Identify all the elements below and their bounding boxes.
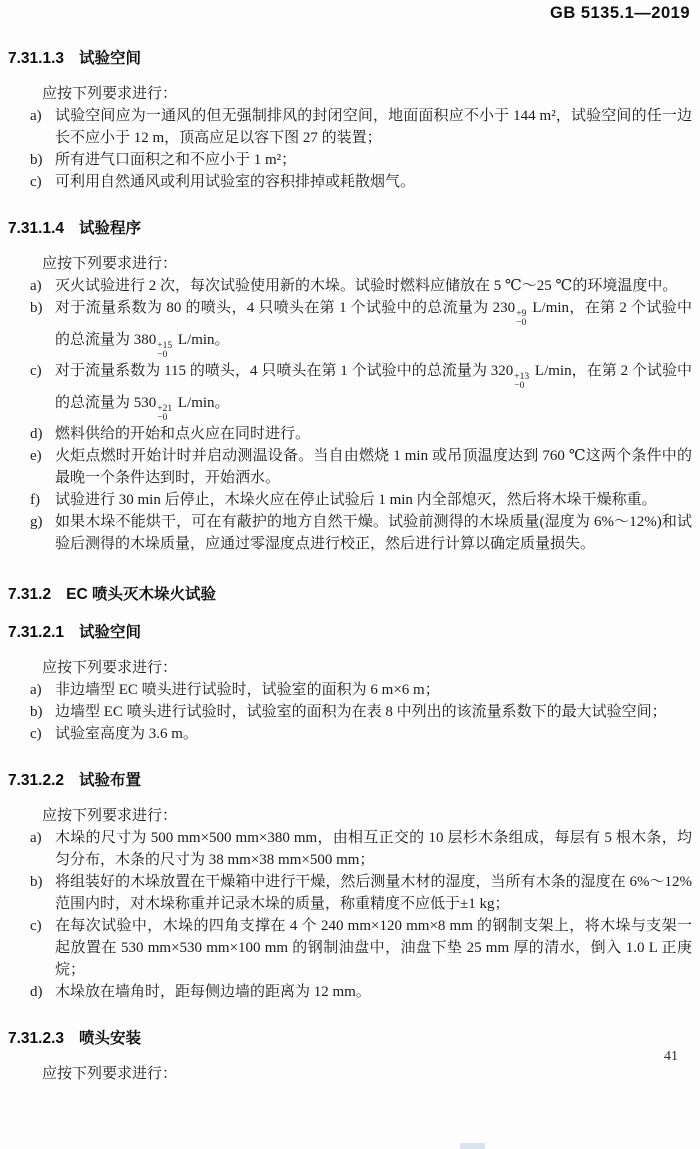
- list-item-text: 对于流量系数为 80 的喷头，4 只喷头在第 1 个试验中的总流量为 230+9…: [55, 297, 692, 360]
- list-item-label: b): [30, 149, 55, 171]
- list-item-label: b): [30, 701, 55, 723]
- list-item-label: d): [30, 981, 55, 1003]
- tolerance-superscript: +13−0: [513, 373, 531, 392]
- list-item: g)如果木垛不能烘干，可在有蔽护的地方自然干燥。试验前测得的木垛质量(湿度为 6…: [8, 511, 692, 555]
- list-item-text: 火炬点燃时开始计时并启动测温设备。当自由燃烧 1 min 或吊顶温度达到 760…: [55, 445, 692, 489]
- list-item: d)燃料供给的开始和点火应在同时进行。: [8, 423, 692, 445]
- tolerance-lower: −0: [157, 414, 167, 424]
- list-item-text: 灭火试验进行 2 次，每次试验使用新的木垛。试验时燃料应储放在 5 ℃～25 ℃…: [55, 275, 692, 297]
- list-item-text: 将组装好的木垛放置在干燥箱中进行干燥，然后测量木材的湿度，当所有木条的湿度在 6…: [55, 871, 692, 915]
- list-item-text: 试验进行 30 min 后停止，木垛火应在停止试验后 1 min 内全部熄灭，然…: [55, 489, 692, 511]
- section-heading: 7.31.1.4试验程序: [8, 219, 692, 239]
- document-page: GB 5135.1—2019 7.31.1.3试验空间应按下列要求进行：a)试验…: [0, 0, 700, 1149]
- list-item-label: c): [30, 915, 55, 981]
- list-item: b)所有进气口面积之和不应小于 1 m²；: [8, 149, 692, 171]
- list-item-text: 如果木垛不能烘干，可在有蔽护的地方自然干燥。试验前测得的木垛质量(湿度为 6%～…: [55, 511, 692, 555]
- section-number: 7.31.2.2: [8, 771, 64, 791]
- section-title: 试验布置: [79, 771, 141, 791]
- list-item-label: a): [30, 275, 55, 297]
- list-item: f)试验进行 30 min 后停止，木垛火应在停止试验后 1 min 内全部熄灭…: [8, 489, 692, 511]
- intro-paragraph: 应按下列要求进行：: [42, 657, 692, 679]
- list-item-label: a): [30, 105, 55, 149]
- tolerance-lower: −0: [157, 351, 167, 361]
- list-item-label: a): [30, 679, 55, 701]
- list-item-text: 木垛的尺寸为 500 mm×500 mm×380 mm，由相互正交的 10 层杉…: [55, 827, 692, 871]
- list-item: c)在每次试验中，木垛的四角支撑在 4 个 240 mm×120 mm×8 mm…: [8, 915, 692, 981]
- list-item: c)可利用自然通风或利用试验室的容积排掉或耗散烟气。: [8, 171, 692, 193]
- section-heading: 7.31.2.2试验布置: [8, 771, 692, 791]
- list-item-text: 试验空间应为一通风的但无强制排风的封闭空间，地面面积应不小于 144 m²，试验…: [55, 105, 692, 149]
- section-heading: 7.31.2EC 喷头灭木垛火试验: [8, 585, 692, 605]
- section-title: 试验程序: [79, 219, 141, 239]
- list-item-text: 边墙型 EC 喷头进行试验时，试验室的面积为在表 8 中列出的该流量系数下的最大…: [55, 701, 692, 723]
- list-item: c)试验室高度为 3.6 m。: [8, 723, 692, 745]
- bottom-highlight-bar: [460, 1143, 485, 1149]
- list-item-label: b): [30, 871, 55, 915]
- list-item-label: f): [30, 489, 55, 511]
- list-item: a)非边墙型 EC 喷头进行试验时，试验室的面积为 6 m×6 m；: [8, 679, 692, 701]
- list-item: a)灭火试验进行 2 次，每次试验使用新的木垛。试验时燃料应储放在 5 ℃～25…: [8, 275, 692, 297]
- list-item-text: 非边墙型 EC 喷头进行试验时，试验室的面积为 6 m×6 m；: [55, 679, 692, 701]
- list-item-text: 所有进气口面积之和不应小于 1 m²；: [55, 149, 692, 171]
- list-item-text: 可利用自然通风或利用试验室的容积排掉或耗散烟气。: [55, 171, 692, 193]
- section-number: 7.31.2: [8, 585, 51, 605]
- section-heading: 7.31.1.3试验空间: [8, 49, 692, 69]
- list-item: a)木垛的尺寸为 500 mm×500 mm×380 mm，由相互正交的 10 …: [8, 827, 692, 871]
- section-title: 试验空间: [79, 49, 141, 69]
- section-number: 7.31.1.3: [8, 49, 64, 69]
- list-item: b)对于流量系数为 80 的喷头，4 只喷头在第 1 个试验中的总流量为 230…: [8, 297, 692, 360]
- list-item: b)将组装好的木垛放置在干燥箱中进行干燥，然后测量木材的湿度，当所有木条的湿度在…: [8, 871, 692, 915]
- list-item-label: c): [30, 360, 55, 423]
- doc-number-header: GB 5135.1—2019: [8, 0, 692, 23]
- list-item: e)火炬点燃时开始计时并启动测温设备。当自由燃烧 1 min 或吊顶温度达到 7…: [8, 445, 692, 489]
- intro-paragraph: 应按下列要求进行：: [42, 805, 692, 827]
- intro-paragraph: 应按下列要求进行：: [42, 83, 692, 105]
- document-body: 7.31.1.3试验空间应按下列要求进行：a)试验空间应为一通风的但无强制排风的…: [8, 49, 692, 1085]
- section-number: 7.31.1.4: [8, 219, 64, 239]
- list-item: b)边墙型 EC 喷头进行试验时，试验室的面积为在表 8 中列出的该流量系数下的…: [8, 701, 692, 723]
- page-number: 41: [664, 1048, 678, 1066]
- tolerance-lower: −0: [516, 319, 526, 329]
- tolerance-superscript: +21−0: [156, 405, 174, 424]
- list-item-label: b): [30, 297, 55, 360]
- list-item-text: 对于流量系数为 115 的喷头，4 只喷头在第 1 个试验中的总流量为 320+…: [55, 360, 692, 423]
- tolerance-superscript: +9−0: [515, 310, 528, 329]
- section-title: 试验空间: [79, 623, 141, 643]
- section-title: 喷头安装: [79, 1029, 141, 1049]
- list-item-text: 在每次试验中，木垛的四角支撑在 4 个 240 mm×120 mm×8 mm 的…: [55, 915, 692, 981]
- section-title: EC 喷头灭木垛火试验: [66, 585, 216, 605]
- tolerance-superscript: +15−0: [156, 342, 174, 361]
- section-heading: 7.31.2.3喷头安装: [8, 1029, 692, 1049]
- intro-paragraph: 应按下列要求进行：: [42, 1063, 692, 1085]
- list-item: c)对于流量系数为 115 的喷头，4 只喷头在第 1 个试验中的总流量为 32…: [8, 360, 692, 423]
- intro-paragraph: 应按下列要求进行：: [42, 253, 692, 275]
- list-item-text: 试验室高度为 3.6 m。: [55, 723, 692, 745]
- list-item-label: a): [30, 827, 55, 871]
- tolerance-lower: −0: [514, 382, 524, 392]
- list-item-label: c): [30, 171, 55, 193]
- section-number: 7.31.2.1: [8, 623, 64, 643]
- list-item-label: e): [30, 445, 55, 489]
- list-item-label: d): [30, 423, 55, 445]
- list-item: a)试验空间应为一通风的但无强制排风的封闭空间，地面面积应不小于 144 m²，…: [8, 105, 692, 149]
- section-number: 7.31.2.3: [8, 1029, 64, 1049]
- list-item-label: c): [30, 723, 55, 745]
- section-heading: 7.31.2.1试验空间: [8, 623, 692, 643]
- list-item-label: g): [30, 511, 55, 555]
- list-item-text: 木垛放在墙角时，距每侧边墙的距离为 12 mm。: [55, 981, 692, 1003]
- list-item-text: 燃料供给的开始和点火应在同时进行。: [55, 423, 692, 445]
- list-item: d)木垛放在墙角时，距每侧边墙的距离为 12 mm。: [8, 981, 692, 1003]
